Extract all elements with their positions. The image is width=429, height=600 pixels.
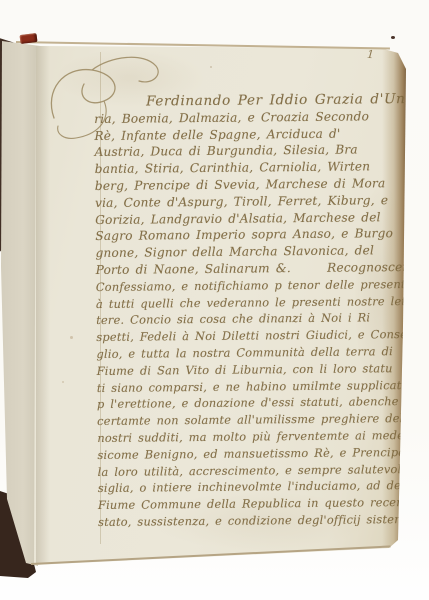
- foxing-spot: [62, 381, 64, 383]
- foxing-spot: [210, 66, 212, 68]
- manuscript-page: 1 Ferdinando Per Iddio Grazia d'Ungheria…: [0, 36, 429, 581]
- manuscript-book: 1 Ferdinando Per Iddio Grazia d'Ungheria…: [0, 36, 429, 581]
- manuscript-line: stato, sussistenza, e condizione degl'of…: [98, 511, 412, 531]
- photo-background: 1 Ferdinando Per Iddio Grazia d'Ungheria…: [0, 0, 429, 600]
- page-number: 1: [367, 48, 375, 61]
- manuscript-line: ria, Boemia, Dalmazia, e Croazia Secondo: [94, 108, 408, 128]
- foxing-spot: [70, 336, 73, 339]
- binding-speck: [391, 36, 395, 39]
- manuscript-text: Ferdinando Per Iddio Grazia d'Ungheria, …: [94, 91, 412, 531]
